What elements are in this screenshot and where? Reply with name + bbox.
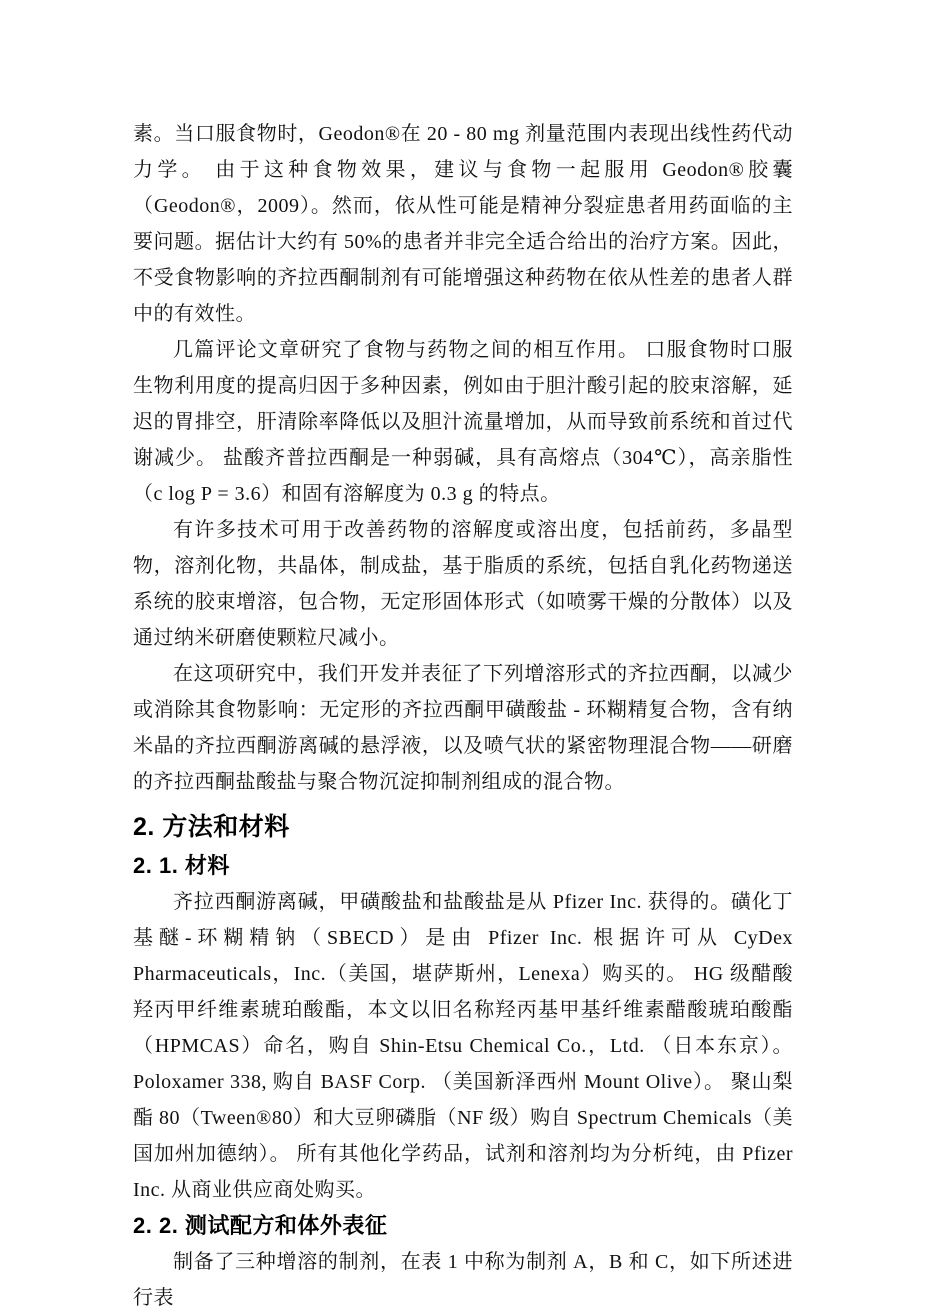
- document-page: 素。当口服食物时，Geodon®在 20 - 80 mg 剂量范围内表现出线性药…: [0, 0, 926, 1309]
- paragraph-solubilization-techniques: 有许多技术可用于改善药物的溶解度或溶出度，包括前药，多晶型物，溶剂化物，共晶体，…: [133, 512, 793, 656]
- subsection-heading-test-formulations: 2. 2. 测试配方和体外表征: [133, 1208, 793, 1244]
- subsection-heading-materials: 2. 1. 材料: [133, 848, 793, 884]
- paragraph-intro-continuation: 素。当口服食物时，Geodon®在 20 - 80 mg 剂量范围内表现出线性药…: [133, 116, 793, 332]
- document-body: 素。当口服食物时，Geodon®在 20 - 80 mg 剂量范围内表现出线性药…: [133, 116, 793, 1309]
- paragraph-formulations-intro: 制备了三种增溶的制剂，在表 1 中称为制剂 A，B 和 C，如下所述进行表: [133, 1244, 793, 1309]
- paragraph-food-drug-interaction: 几篇评论文章研究了食物与药物之间的相互作用。 口服食物时口服生物利用度的提高归因…: [133, 332, 793, 512]
- paragraph-materials-sources: 齐拉西酮游离碱，甲磺酸盐和盐酸盐是从 Pfizer Inc. 获得的。磺化丁基醚…: [133, 884, 793, 1208]
- section-heading-methods-materials: 2. 方法和材料: [133, 806, 793, 848]
- paragraph-study-overview: 在这项研究中，我们开发并表征了下列增溶形式的齐拉西酮，以减少或消除其食物影响：无…: [133, 656, 793, 800]
